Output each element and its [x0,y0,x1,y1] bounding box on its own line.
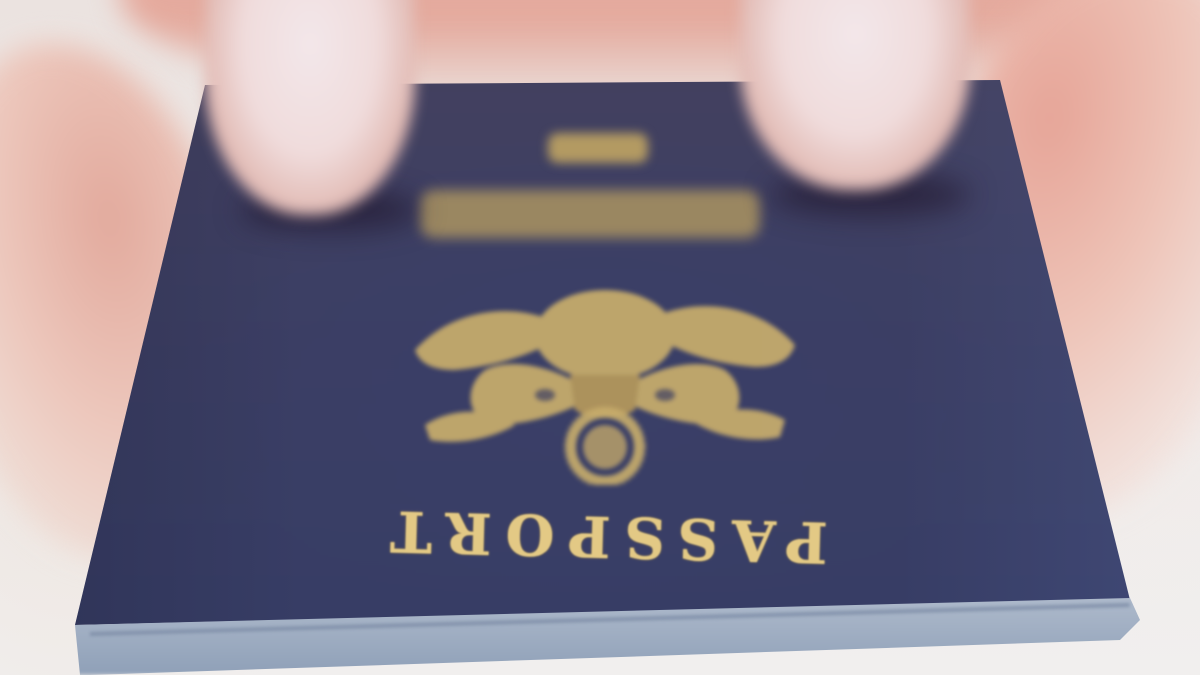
passport: PASSPORT [0,0,1200,675]
cover-text-blurred-small [548,133,648,163]
cover-text-blurred-country [420,190,760,238]
photo-scene: PASSPORT [0,0,1200,675]
eagle-emblem-icon [395,275,815,485]
passport-cover-title: PASSPORT [295,500,908,572]
